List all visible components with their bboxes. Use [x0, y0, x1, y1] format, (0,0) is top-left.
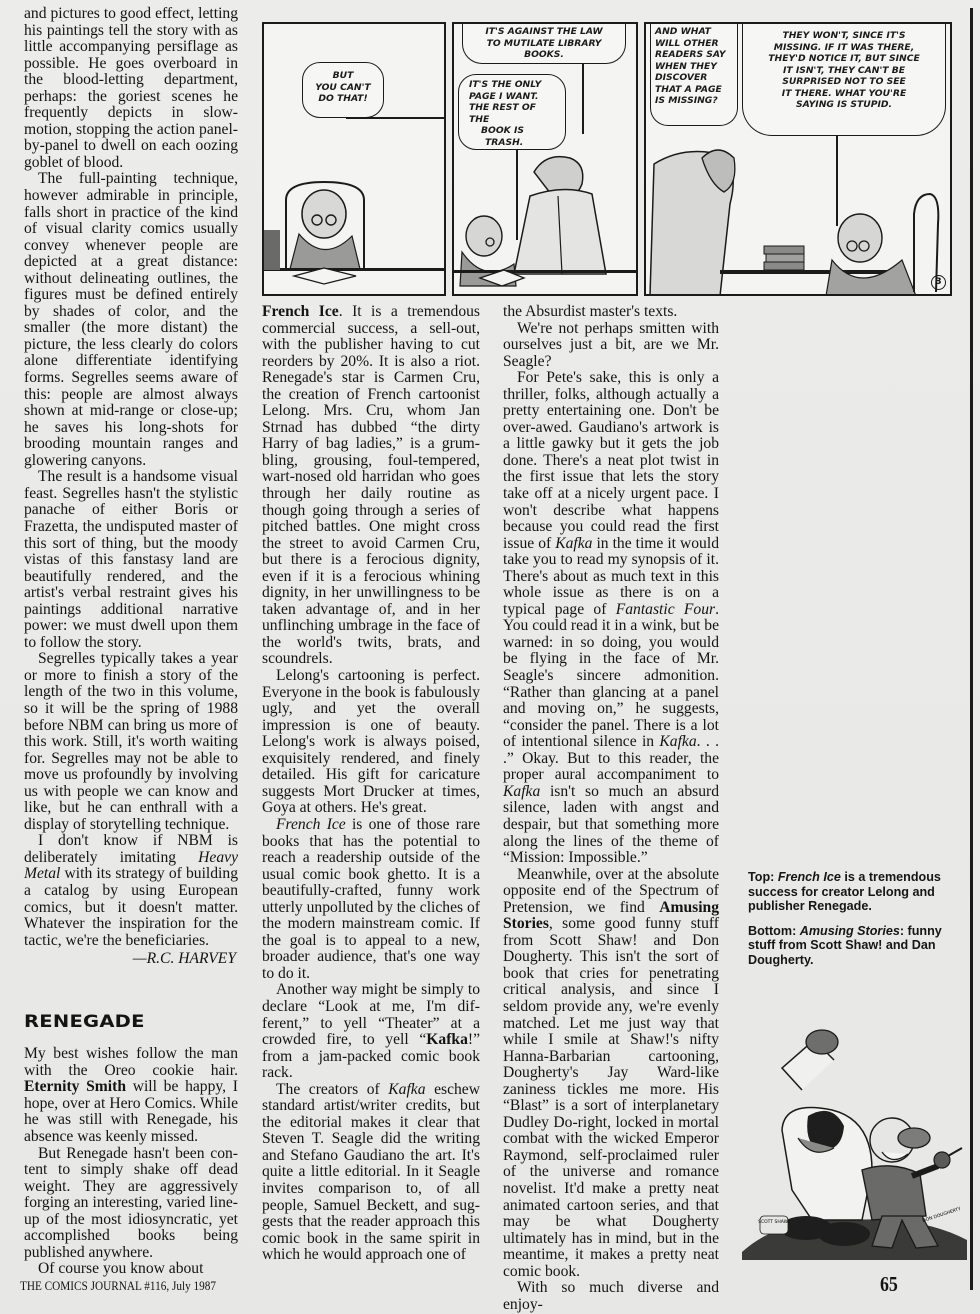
author-signature: —R.C. HARVEY	[24, 951, 236, 968]
amusing-stories-cartoon: SCOTT SHAW! DON DOUGHERTY	[742, 1020, 967, 1260]
title-kafka: Kafka	[426, 1031, 468, 1048]
title-kafka: Kafka	[388, 1081, 425, 1098]
text: . You could read it in a wink, but be wa…	[503, 601, 719, 750]
page-number: 65	[880, 1272, 898, 1297]
publication-footer: THE COMICS JOURNAL #116, July 1987	[20, 1279, 216, 1294]
paragraph: Another way might be simply to declare “…	[262, 982, 480, 1081]
paragraph: With so much diverse and enjoy-	[503, 1280, 719, 1313]
paragraph: Of course you know about	[24, 1261, 238, 1278]
title-french-ice: French Ice	[262, 303, 339, 320]
paragraph: We're not perhaps smitten with ourselves…	[503, 321, 719, 371]
paragraph: The result is a handsome visual feast. S…	[24, 469, 238, 651]
title-kafka: Kafka	[555, 535, 592, 552]
title-french-ice: French Ice	[778, 870, 841, 884]
title-amusing-stories: Amusing Stories	[800, 924, 900, 938]
text: For Pete's sake, this is only a thriller…	[503, 369, 719, 551]
text: is one of those rare books that has the …	[262, 816, 480, 982]
librarian-and-old-woman-drawing	[454, 24, 638, 296]
right-column-rule	[970, 8, 973, 1290]
text: , some good funny stuff from Scott Shaw!…	[503, 915, 719, 1279]
paragraph: French Ice is one of those rare books th…	[262, 817, 480, 982]
text: Bottom:	[748, 924, 800, 938]
paragraph: Segrelles typically takes a year or more…	[24, 651, 238, 833]
paragraph: The full-painting technique, however adm…	[24, 171, 238, 469]
comic-panel-1: BUT YOU CAN'T DO THAT!	[262, 22, 446, 296]
paragraph: My best wishes follow the man with the O…	[24, 1046, 238, 1145]
signature-don-dougherty: DON DOUGHERTY	[922, 1206, 962, 1224]
comic-panel-3: AND WHAT WILL OTHER READERS SAY WHEN THE…	[644, 22, 952, 296]
old-woman-at-desk-drawing	[264, 24, 446, 296]
title-french-ice: French Ice	[276, 816, 346, 833]
librarian-leaning-over-desk-drawing	[646, 24, 952, 296]
text: . It is a tremendous commercial success,…	[262, 303, 480, 667]
title-kafka: Kafka	[659, 733, 696, 750]
paragraph: the Absurdist master's texts.	[503, 304, 719, 321]
caption-top: Top: French Ice is a tremendous success …	[748, 870, 948, 914]
article-column-1: and pictures to good effect, letting his…	[24, 6, 238, 1278]
signature-scott-shaw: SCOTT SHAW!	[758, 1219, 790, 1225]
title-fantastic-four: Fantastic Four	[616, 601, 715, 618]
article-column-2: French Ice. It is a tremendous commercia…	[262, 304, 480, 1264]
paragraph: I don't know if NBM is deliberately imit…	[24, 833, 238, 949]
comic-strip-french-ice: BUT YOU CAN'T DO THAT! IT'S AGAINST THE …	[262, 22, 952, 298]
paragraph: Meanwhile, over at the absolute opposite…	[503, 867, 719, 1281]
panel-number: 3	[931, 275, 946, 290]
image-caption: Top: French Ice is a tremendous success …	[748, 870, 948, 978]
magazine-page: BUT YOU CAN'T DO THAT! IT'S AGAINST THE …	[0, 0, 980, 1314]
comic-panel-2: IT'S AGAINST THE LAW TO MUTILATE LIBRARY…	[452, 22, 638, 296]
text: My best wishes follow the man with the O…	[24, 1045, 238, 1079]
title-kafka: Kafka	[503, 783, 540, 800]
caption-bottom: Bottom: Amusing Stories: funny stuff fro…	[748, 924, 948, 968]
paragraph: and pictures to good effect, letting his…	[24, 6, 238, 171]
text: The creators of	[276, 1081, 388, 1098]
paragraph: French Ice. It is a tremendous commercia…	[262, 304, 480, 668]
paragraph: For Pete's sake, this is only a thriller…	[503, 370, 719, 866]
section-heading-renegade: RENEGADE	[24, 1014, 270, 1031]
text: eschew standard artist/writer credits, b…	[262, 1081, 480, 1263]
text: Top:	[748, 870, 778, 884]
article-column-3: the Absurdist master's texts. We're not …	[503, 304, 719, 1313]
paragraph: Lelong's cartooning is perfect. Everyone…	[262, 668, 480, 817]
paragraph: The creators of Kafka eschew standard ar…	[262, 1082, 480, 1264]
paragraph: But Renegade hasn't been con­tent to sim…	[24, 1146, 238, 1262]
title-eternity-smith: Eternity Smith	[24, 1078, 126, 1095]
